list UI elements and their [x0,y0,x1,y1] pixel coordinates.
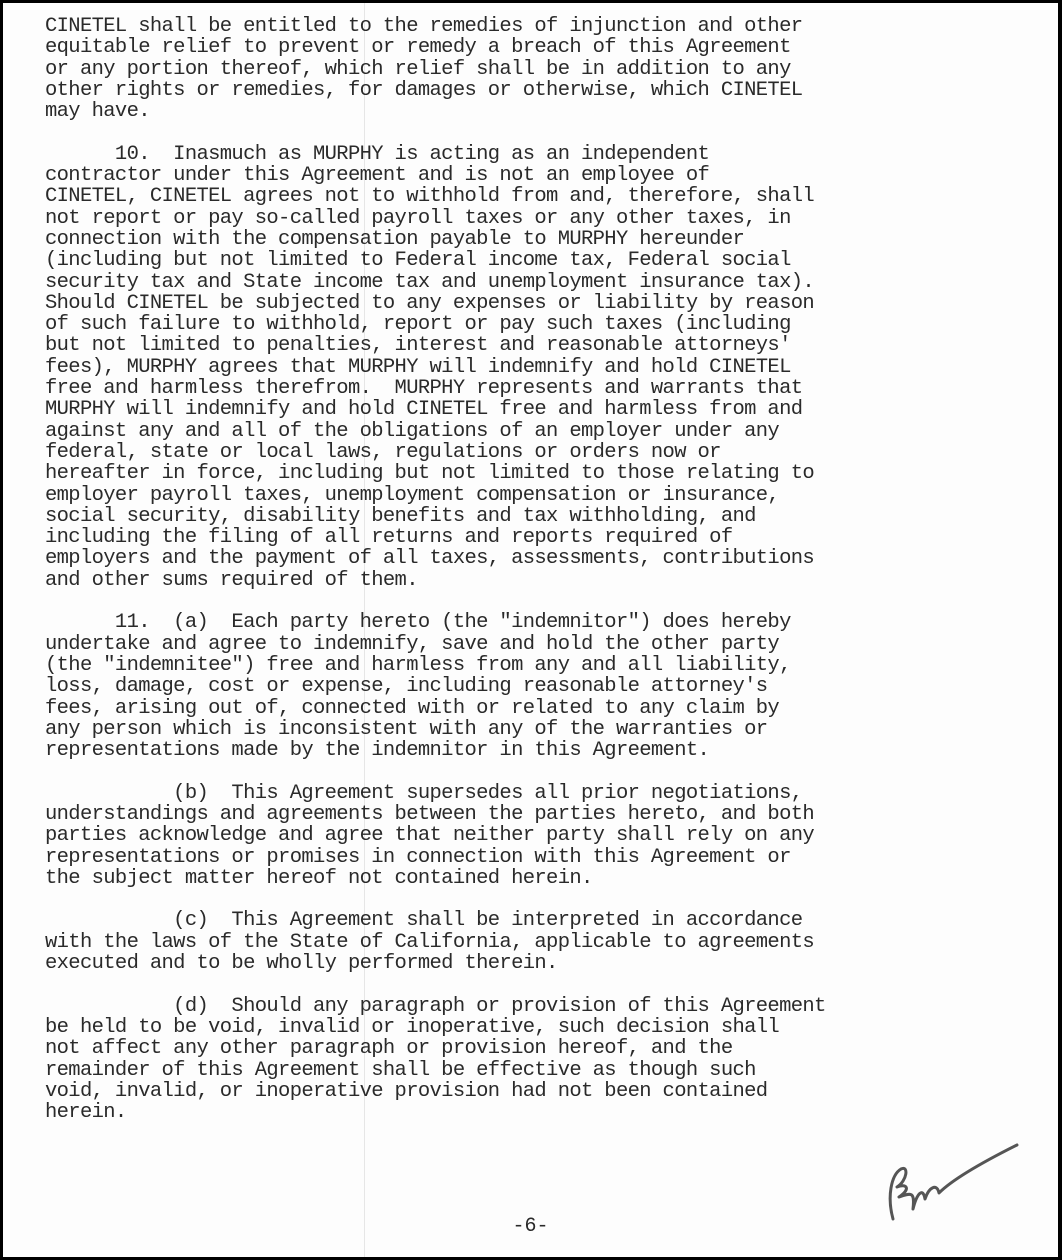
text-line: employers and the payment of all taxes, … [45,548,1045,569]
text-line: herein. [45,1102,1045,1123]
text-line: equitable relief to prevent or remedy a … [45,37,1045,58]
text-line: fees, arising out of, connected with or … [45,698,1045,719]
text-line: not report or pay so-called payroll taxe… [45,208,1045,229]
text-line: against any and all of the obligations o… [45,421,1045,442]
text-line: (including but not limited to Federal in… [45,250,1045,271]
text-line: CINETEL shall be entitled to the remedie… [45,16,1045,37]
text-line: may have. [45,101,1045,122]
text-line: undertake and agree to indemnify, save a… [45,634,1045,655]
text-line: the subject matter hereof not contained … [45,868,1045,889]
text-line: and other sums required of them. [45,570,1045,591]
paragraph-section-11a: 11. (a) Each party hereto (the "indemnit… [45,612,1045,761]
text-line: of such failure to withhold, report or p… [45,314,1045,335]
text-line: be held to be void, invalid or inoperati… [45,1017,1045,1038]
text-line: employer payroll taxes, unemployment com… [45,485,1045,506]
paragraph-continuation: CINETEL shall be entitled to the remedie… [45,16,1045,122]
text-line: void, invalid, or inoperative provision … [45,1081,1045,1102]
signature-initials [877,1137,1022,1227]
text-line: contractor under this Agreement and is n… [45,165,1045,186]
text-line: representations made by the indemnitor i… [45,740,1045,761]
text-line: executed and to be wholly performed ther… [45,953,1045,974]
text-line: loss, damage, cost or expense, including… [45,676,1045,697]
text-line: federal, state or local laws, regulation… [45,442,1045,463]
text-line: (d) Should any paragraph or provision of… [45,996,1045,1017]
paragraph-section-10: 10. Inasmuch as MURPHY is acting as an i… [45,144,1045,591]
text-line: free and harmless therefrom. MURPHY repr… [45,378,1045,399]
text-line: 11. (a) Each party hereto (the "indemnit… [45,612,1045,633]
text-line: other rights or remedies, for damages or… [45,80,1045,101]
text-line: any person which is inconsistent with an… [45,719,1045,740]
text-line: (the "indemnitee") free and harmless fro… [45,655,1045,676]
paragraph-section-11c: (c) This Agreement shall be interpreted … [45,910,1045,974]
text-line: but not limited to penalties, interest a… [45,335,1045,356]
paragraph-section-11d: (d) Should any paragraph or provision of… [45,996,1045,1124]
text-line: MURPHY will indemnify and hold CINETEL f… [45,399,1045,420]
text-line: (b) This Agreement supersedes all prior … [45,783,1045,804]
text-line: social security, disability benefits and… [45,506,1045,527]
text-line: Should CINETEL be subjected to any expen… [45,293,1045,314]
text-line: representations or promises in connectio… [45,847,1045,868]
text-line: fees), MURPHY agrees that MURPHY will in… [45,357,1045,378]
text-line: remainder of this Agreement shall be eff… [45,1060,1045,1081]
paragraph-section-11b: (b) This Agreement supersedes all prior … [45,783,1045,889]
text-line: CINETEL, CINETEL agrees not to withhold … [45,186,1045,207]
text-line: understandings and agreements between th… [45,804,1045,825]
text-line: parties acknowledge and agree that neith… [45,825,1045,846]
document-body: CINETEL shall be entitled to the remedie… [45,16,1045,1145]
text-line: connection with the compensation payable… [45,229,1045,250]
document-page: CINETEL shall be entitled to the remedie… [3,3,1058,1257]
text-line: including the filing of all returns and … [45,527,1045,548]
text-line: hereafter in force, including but not li… [45,463,1045,484]
text-line: or any portion thereof, which relief sha… [45,59,1045,80]
text-line: not affect any other paragraph or provis… [45,1038,1045,1059]
text-line: with the laws of the State of California… [45,932,1045,953]
text-line: 10. Inasmuch as MURPHY is acting as an i… [45,144,1045,165]
text-line: (c) This Agreement shall be interpreted … [45,910,1045,931]
text-line: security tax and State income tax and un… [45,272,1045,293]
